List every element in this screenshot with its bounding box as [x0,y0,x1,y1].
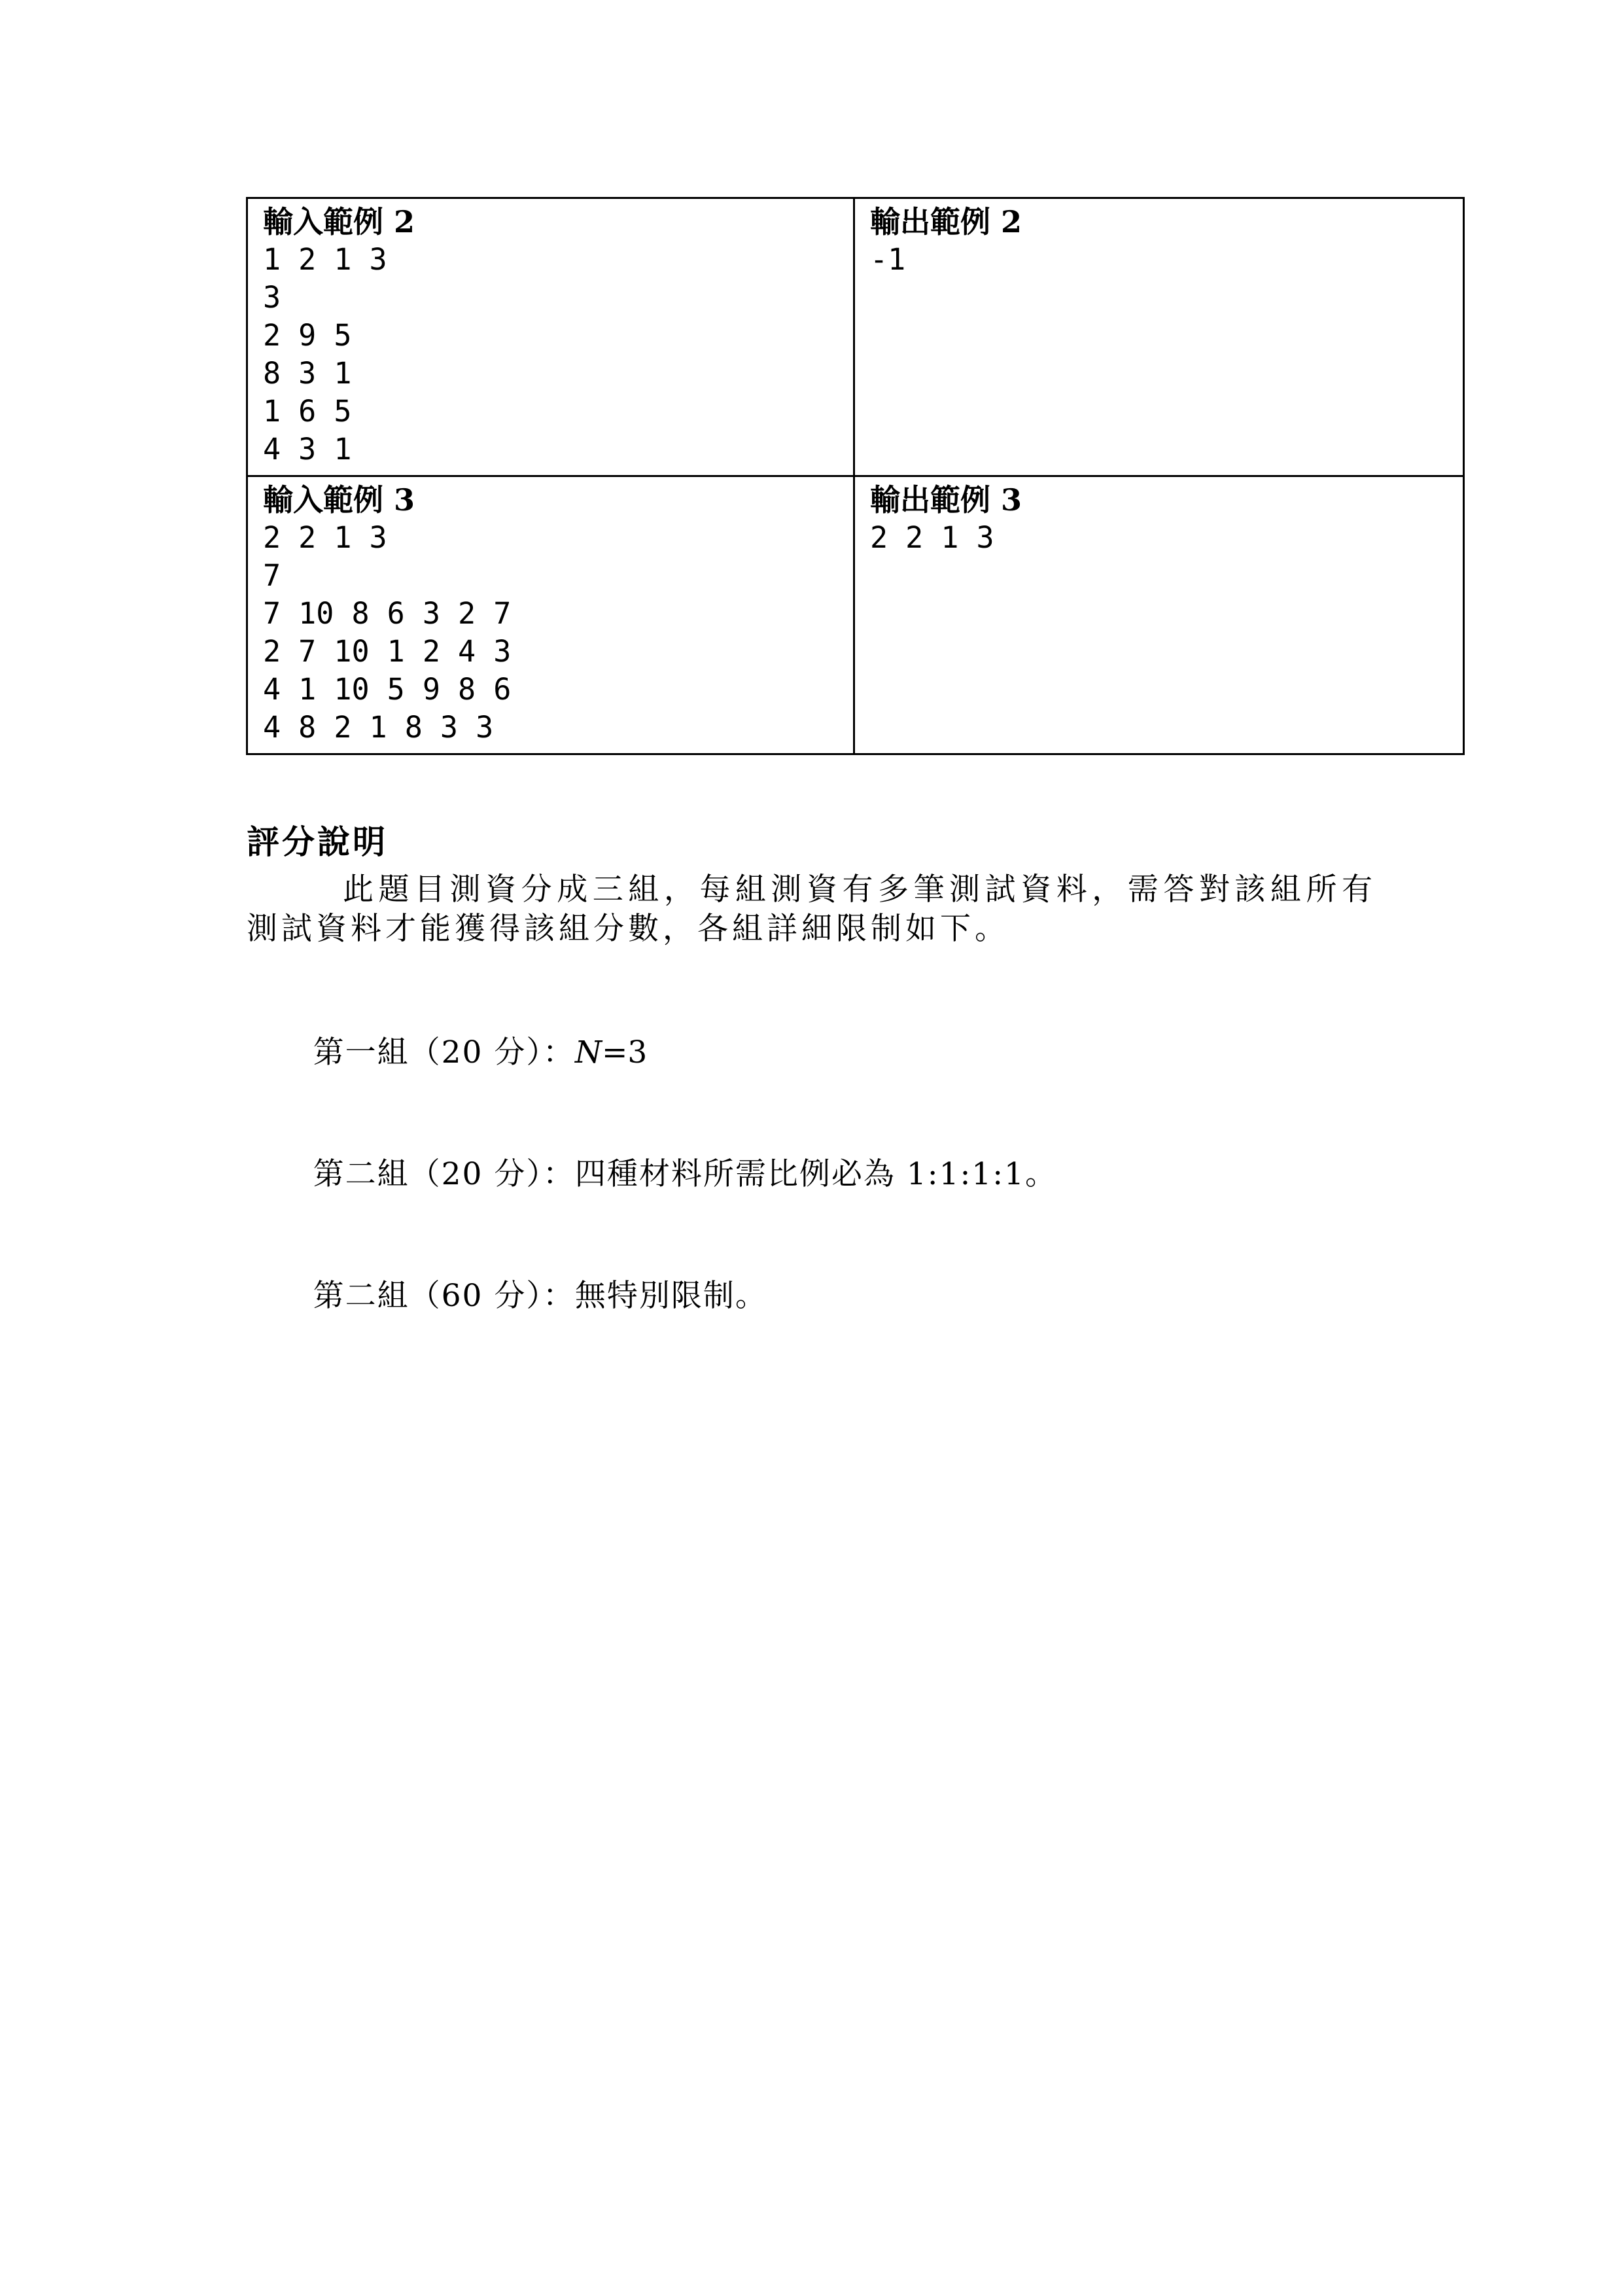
scoring-group-1: 第一組（20 分）：N=3 [247,992,1376,1114]
cell-output-example-2: 輸出範例 2 -1 [854,198,1464,476]
code-line: 2 2 1 3 [870,519,1451,557]
code-line: 2 2 1 3 [263,519,841,557]
scoring-group-1-variable: N [575,1034,602,1070]
code-line: 4 3 1 [263,431,841,468]
code-lines-output-3: 2 2 1 3 [870,519,1451,557]
cell-title-output-3: 輸出範例 3 [870,481,1451,519]
code-line: 4 8 2 1 8 3 3 [263,709,841,747]
cell-title-input-3: 輸入範例 3 [263,481,841,519]
code-lines-input-3: 2 2 1 377 10 8 6 3 2 72 7 10 1 2 4 34 1 … [263,519,841,747]
code-line: 1 2 1 3 [263,241,841,279]
code-lines-input-2: 1 2 1 332 9 58 3 11 6 54 3 1 [263,241,841,468]
cell-input-example-2: 輸入範例 2 1 2 1 332 9 58 3 11 6 54 3 1 [247,198,854,476]
scoring-group-2-label: 第二組（20 分）： [313,1156,575,1192]
code-line: 2 7 10 1 2 4 3 [263,633,841,671]
cell-input-example-3: 輸入範例 3 2 2 1 377 10 8 6 3 2 72 7 10 1 2 … [247,476,854,754]
code-line: 3 [263,279,841,317]
document-page: 輸入範例 2 1 2 1 332 9 58 3 11 6 54 3 1 輸出範例… [0,0,1623,2296]
scoring-group-3-condition: 無特別限制。 [575,1278,767,1314]
cell-title-input-2: 輸入範例 2 [263,203,841,241]
scoring-paragraph: 此題目測資分成三組，每組測資有多筆測試資料，需答對該組所有測試資料才能獲得該組分… [247,870,1376,949]
code-line: 7 [263,557,841,595]
scoring-group-3-label: 第二組（60 分）： [313,1278,575,1314]
scoring-groups: 第一組（20 分）：N=3 第二組（20 分）：四種材料所需比例必為 1:1:1… [247,992,1376,1357]
examples-table: 輸入範例 2 1 2 1 332 9 58 3 11 6 54 3 1 輸出範例… [246,197,1465,755]
scoring-group-2: 第二組（20 分）：四種材料所需比例必為 1:1:1:1。 [247,1114,1376,1235]
code-line: 7 10 8 6 3 2 7 [263,595,841,633]
code-line: 1 6 5 [263,393,841,431]
code-line: -1 [870,241,1451,279]
code-line: 4 1 10 5 9 8 6 [263,671,841,709]
table-row: 輸入範例 3 2 2 1 377 10 8 6 3 2 72 7 10 1 2 … [247,476,1464,754]
cell-title-output-2: 輸出範例 2 [870,203,1451,241]
code-line: 2 9 5 [263,317,841,355]
scoring-group-1-label: 第一組（20 分）： [313,1034,575,1070]
scoring-section-heading: 評分說明 [247,823,388,861]
cell-output-example-3: 輸出範例 3 2 2 1 3 [854,476,1464,754]
scoring-group-2-condition: 四種材料所需比例必為 1:1:1:1。 [575,1156,1057,1192]
scoring-group-3: 第二組（60 分）：無特別限制。 [247,1235,1376,1357]
table-row: 輸入範例 2 1 2 1 332 9 58 3 11 6 54 3 1 輸出範例… [247,198,1464,476]
code-lines-output-2: -1 [870,241,1451,279]
scoring-group-1-condition: =3 [602,1034,647,1070]
code-line: 8 3 1 [263,355,841,393]
